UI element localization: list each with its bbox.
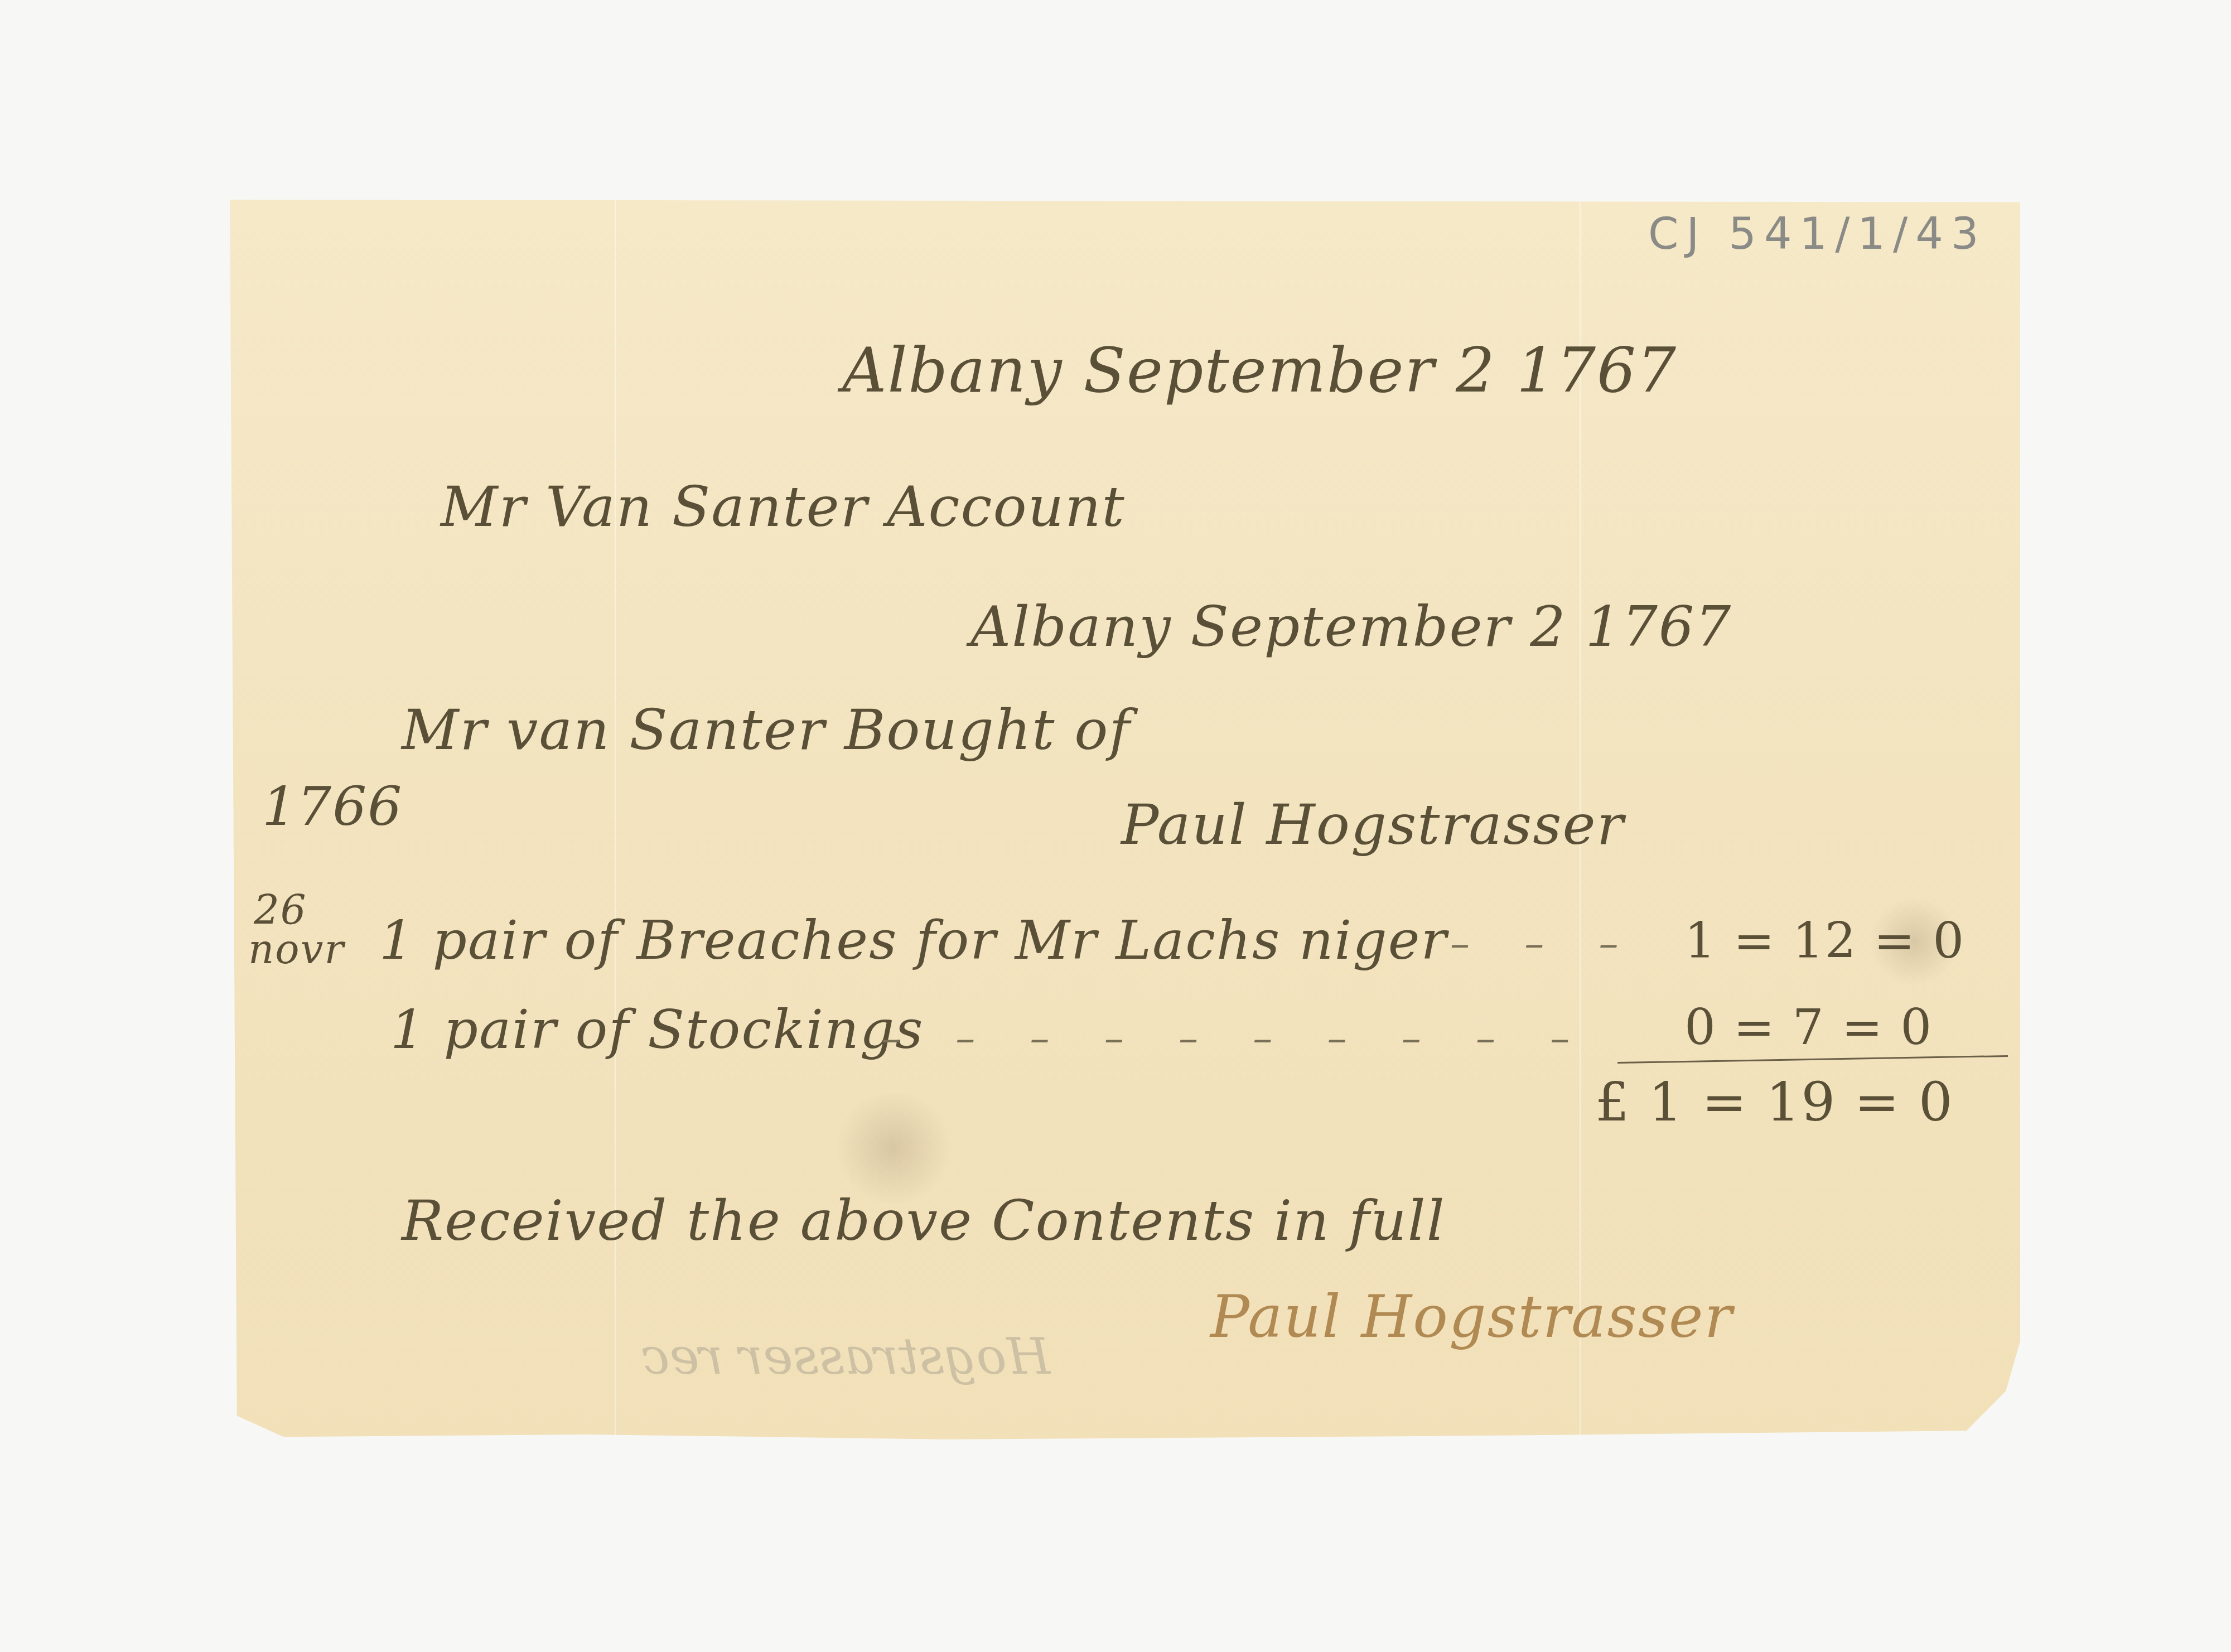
- seller-name: Paul Hogstrasser: [1121, 792, 1625, 857]
- year-margin: 1766: [262, 775, 403, 838]
- receipt-statement: Received the above Contents in full: [402, 1188, 1446, 1253]
- ink-stain: [832, 1092, 955, 1204]
- heading-date: Albany September 2 1767: [842, 335, 1677, 406]
- fold-line: [615, 200, 616, 1441]
- catalog-mark: CJ 541/1/43: [1648, 209, 1987, 259]
- total-amount: £ 1 = 19 = 0: [1595, 1071, 1954, 1133]
- buyer-line: Mr van Santer Bought of: [402, 697, 1131, 762]
- month-margin: novr: [248, 926, 345, 973]
- leader-dashes: – – – – – – – – – –: [881, 1015, 1591, 1061]
- item-description: 1 pair of Breaches for Mr Lachs niger: [379, 909, 1447, 972]
- leader-dashes: – – –: [1450, 920, 1640, 966]
- item-amount: 0 = 7 = 0: [1684, 998, 1933, 1056]
- bleed-through-text: Hogstrasser rec: [641, 1327, 1050, 1386]
- account-title: Mr Van Santer Account: [441, 474, 1126, 539]
- signature: Paul Hogstrasser: [1210, 1283, 1733, 1351]
- item-amount: 1 = 12 = 0: [1684, 912, 1965, 969]
- bill-date: Albany September 2 1767: [970, 594, 1732, 659]
- item-description: 1 pair of Stockings: [390, 998, 924, 1061]
